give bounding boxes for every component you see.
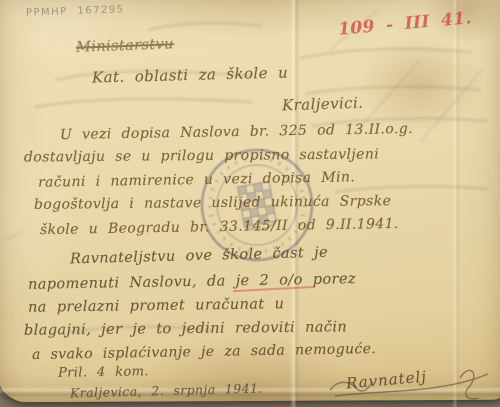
scanned-letter-page: PPMHP 167295 109 - III 41. Ministarstvu … [0,0,500,407]
body1-line: dostavljaju se u prilogu propisno sastav… [24,146,379,165]
body2-line: blagajni, jer je to jedini redoviti nači… [24,319,347,338]
addressee-line-2: Kraljevici. [282,94,364,115]
struck-out-word: Ministarstvu [76,36,174,55]
attachments-note: Pril. 4 kom. [58,364,149,381]
